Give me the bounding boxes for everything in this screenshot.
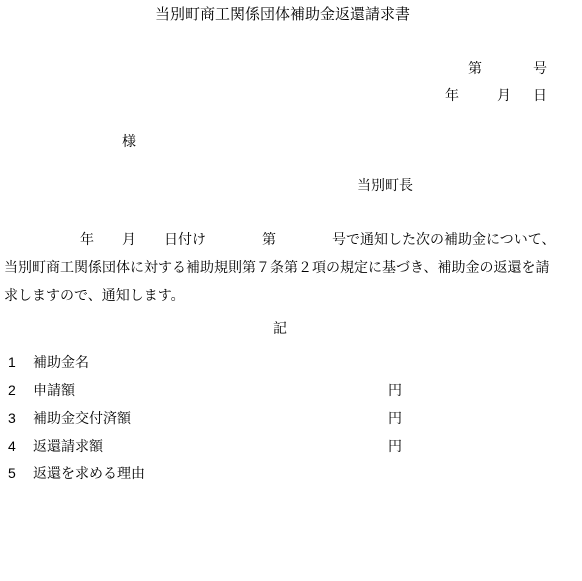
item-unit-yen: 円 [388,411,402,425]
item-row: 4 返還請求額 円 [0,439,582,455]
document-title: 当別町商工関係団体補助金返還請求書 [155,7,410,22]
date-month-label: 月 [497,88,511,102]
sender-name: 当別町長 [357,178,413,192]
doc-number-prefix: 第 [468,61,482,75]
item-label: 返還請求額 [33,439,103,453]
item-row: 5 返還を求める理由 [0,466,582,482]
document-page: { "document": { "title": "当別町商工関係団体補助金返還… [0,0,582,581]
section-marker-ki: 記 [273,321,287,335]
item-number: 3 [8,411,16,425]
body-line-1: 年 月 日付け 第 号で通知した次の補助金について、 [80,232,555,246]
date-day-label: 日 [533,88,547,102]
item-unit-yen: 円 [388,383,402,397]
item-row: 1 補助金名 [0,355,582,371]
body-line-2: 当別町商工関係団体に対する補助規則第７条第２項の規定に基づき、補助金の返還を請 [4,260,549,274]
item-row: 3 補助金交付済額 円 [0,411,582,427]
item-label: 補助金名 [33,355,89,369]
date-year-label: 年 [445,88,459,102]
item-label: 補助金交付済額 [33,411,131,425]
item-row: 2 申請額 円 [0,383,582,399]
item-number: 5 [8,466,16,480]
item-number: 4 [8,439,16,453]
item-unit-yen: 円 [388,439,402,453]
addressee-sama-label: 様 [122,134,136,148]
item-number: 1 [8,355,16,369]
body-line-3: 求しますので、通知します。 [4,288,185,302]
item-number: 2 [8,383,16,397]
item-label: 申請額 [33,383,75,397]
doc-number-suffix: 号 [533,61,547,75]
item-label: 返還を求める理由 [33,466,145,480]
